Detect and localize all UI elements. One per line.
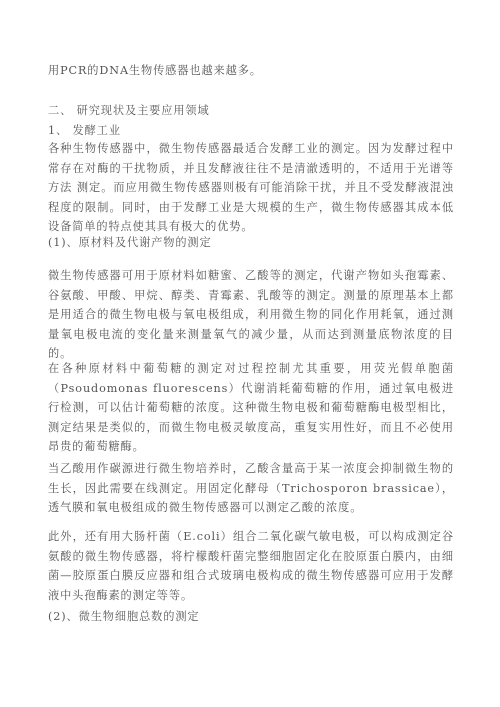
document-page: 用PCR的DNA生物传感器也越来越多。 二、 研究现状及主要应用领域 1、 发酵… xyxy=(0,0,500,707)
paragraph-glucose: 在各种原材料中葡萄糖的测定对过程控制尤其重要，用荧光假单胞菌（Psoudomon… xyxy=(48,359,454,457)
subsection-heading: 1、 发酵工业 xyxy=(48,124,121,138)
intro-line: 用PCR的DNA生物传感器也越来越多。 xyxy=(48,64,262,78)
paragraph-raw-materials: 微生物传感器可用于原材料如糖蜜、乙酸等的测定，代谢产物如头孢霉素、谷氨酸、甲酸、… xyxy=(48,266,454,364)
paragraph-acetic-acid: 当乙酸用作碳源进行微生物培养时，乙酸含量高于某一浓度会抑制微生物的生长，因此需要… xyxy=(48,459,454,518)
paragraph-fermentation-overview: 各种生物传感器中，微生物传感器最适合发酵工业的测定。因为发酵过程中常存在对酶的干… xyxy=(48,139,454,237)
section-heading: 二、 研究现状及主要应用领域 xyxy=(48,104,210,118)
item-heading-raw-materials: (1)、原材料及代谢产物的测定 xyxy=(48,236,212,250)
item-heading-cell-count: (2)、微生物细胞总数的测定 xyxy=(48,610,200,624)
paragraph-other-sensors: 此外，还有用大肠杆菌（E.coli）组合二氧化碳气敏电极，可以构成测定谷氨酸的微… xyxy=(48,527,454,605)
